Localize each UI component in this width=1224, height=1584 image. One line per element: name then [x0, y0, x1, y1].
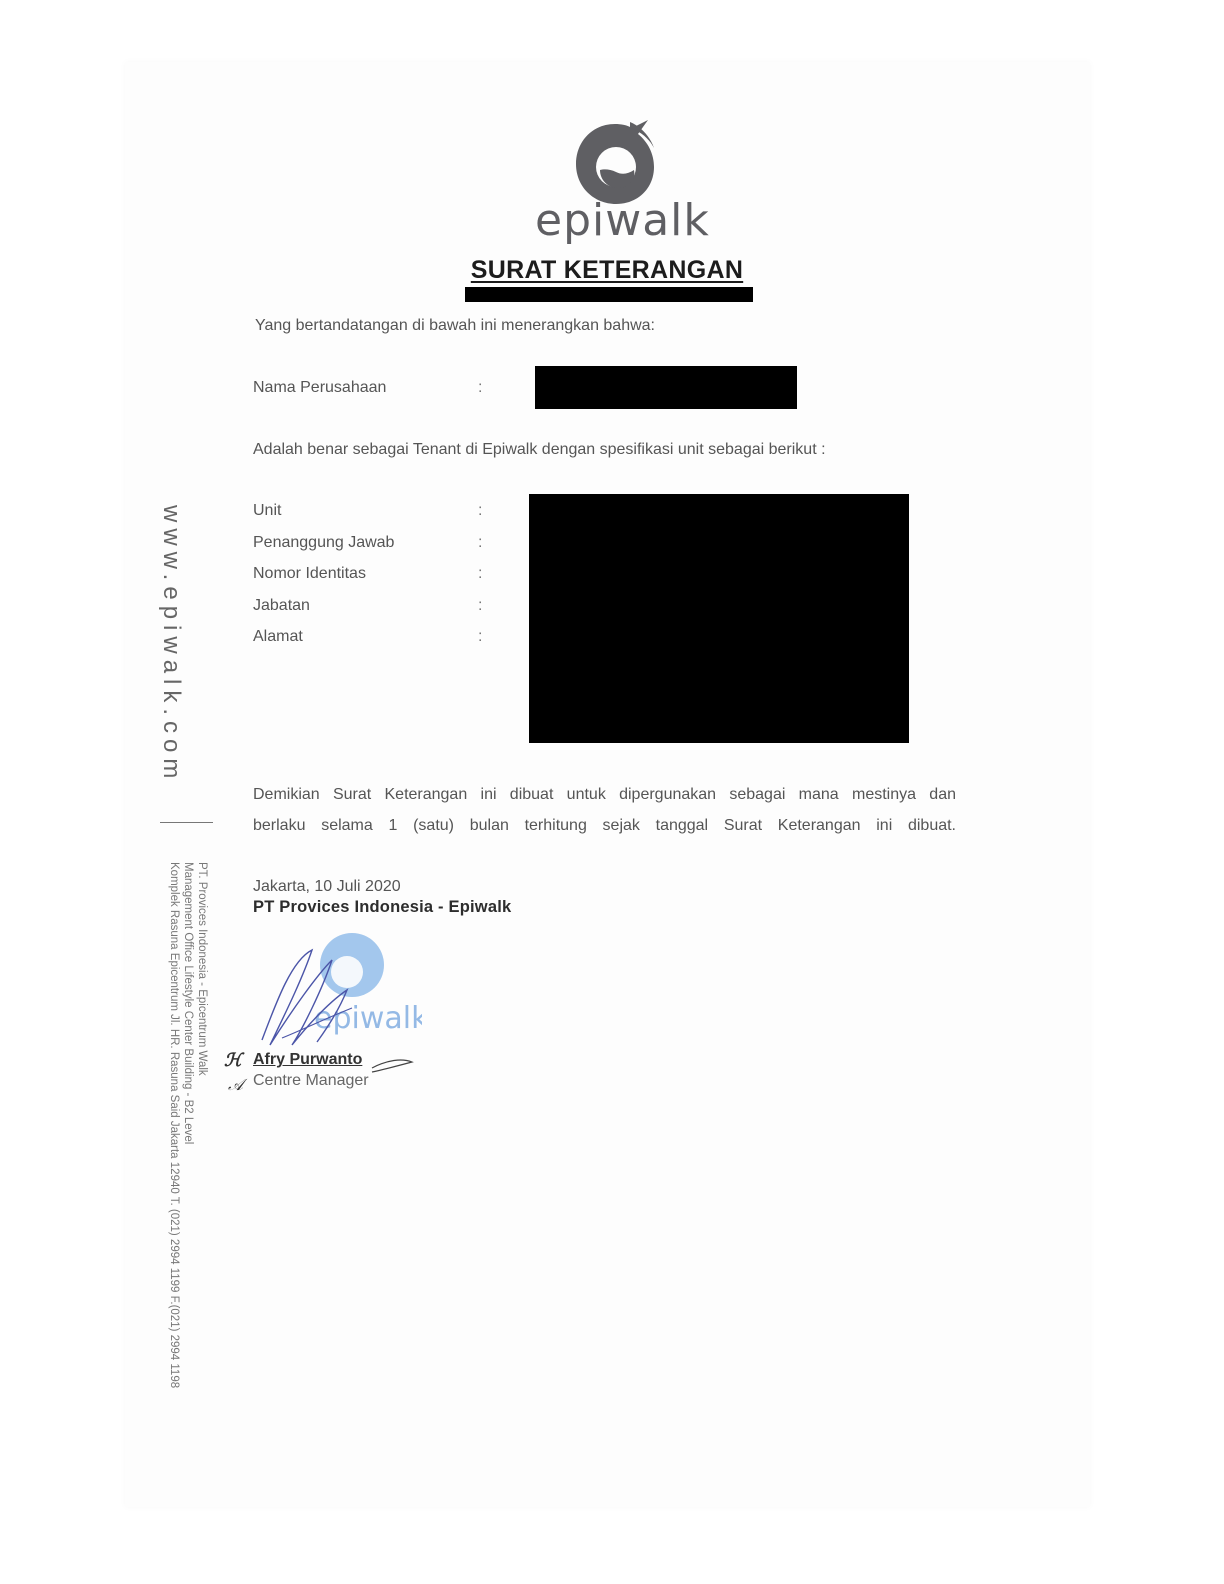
company-label: Nama Perusahaan: [253, 379, 386, 397]
signing-company: PT Provices Indonesia - Epiwalk: [253, 898, 511, 917]
field-separator: :: [478, 534, 482, 552]
document-title: SURAT KETERANGAN: [462, 256, 752, 285]
epiwalk-logo-icon: [570, 112, 660, 207]
svg-text:epiwalk: epiwalk: [314, 1001, 422, 1036]
footer-address-line-1: PT. Provices Indonesia - Epicentrum Walk: [195, 862, 208, 1076]
field-separator: :: [478, 565, 482, 583]
redacted-unit-details: [529, 494, 909, 743]
redacted-company-name: [535, 366, 797, 409]
field-label-unit: Unit: [253, 502, 281, 520]
company-separator: :: [478, 379, 482, 397]
website-vertical-text: www.epiwalk.com: [157, 505, 185, 784]
closing-paragraph-line-1: Demikian Surat Keterangan ini dibuat unt…: [253, 779, 956, 810]
svg-text:ℋ: ℋ: [224, 1050, 245, 1071]
footer-address-line-2: Management Office Lifestyle Center Build…: [181, 862, 194, 1144]
logo-wordmark: epiwalk: [535, 196, 695, 246]
sidebar-divider: [160, 822, 213, 823]
closing-paragraph-line-2: berlaku selama 1 (satu) bulan terhitung …: [253, 810, 956, 841]
redacted-reference-number: [465, 287, 753, 302]
intro-text: Yang bertandatangan di bawah ini meneran…: [255, 317, 655, 335]
field-label-penanggung-jawab: Penanggung Jawab: [253, 534, 394, 552]
field-separator: :: [478, 597, 482, 615]
field-separator: :: [478, 628, 482, 646]
place-date: Jakarta, 10 Juli 2020: [253, 878, 401, 896]
field-label-jabatan: Jabatan: [253, 597, 310, 615]
field-label-nomor-identitas: Nomor Identitas: [253, 565, 366, 583]
signer-position: Centre Manager: [253, 1072, 369, 1090]
footer-address-line-3: Komplek Rasuna Epicentrum Jl. HR. Rasuna…: [167, 862, 180, 1388]
field-separator: :: [478, 502, 482, 520]
tenant-statement: Adalah benar sebagai Tenant di Epiwalk d…: [253, 441, 826, 459]
svg-text:𝒜: 𝒜: [228, 1075, 248, 1094]
field-label-alamat: Alamat: [253, 628, 303, 646]
signer-name: Afry Purwanto: [253, 1051, 362, 1069]
